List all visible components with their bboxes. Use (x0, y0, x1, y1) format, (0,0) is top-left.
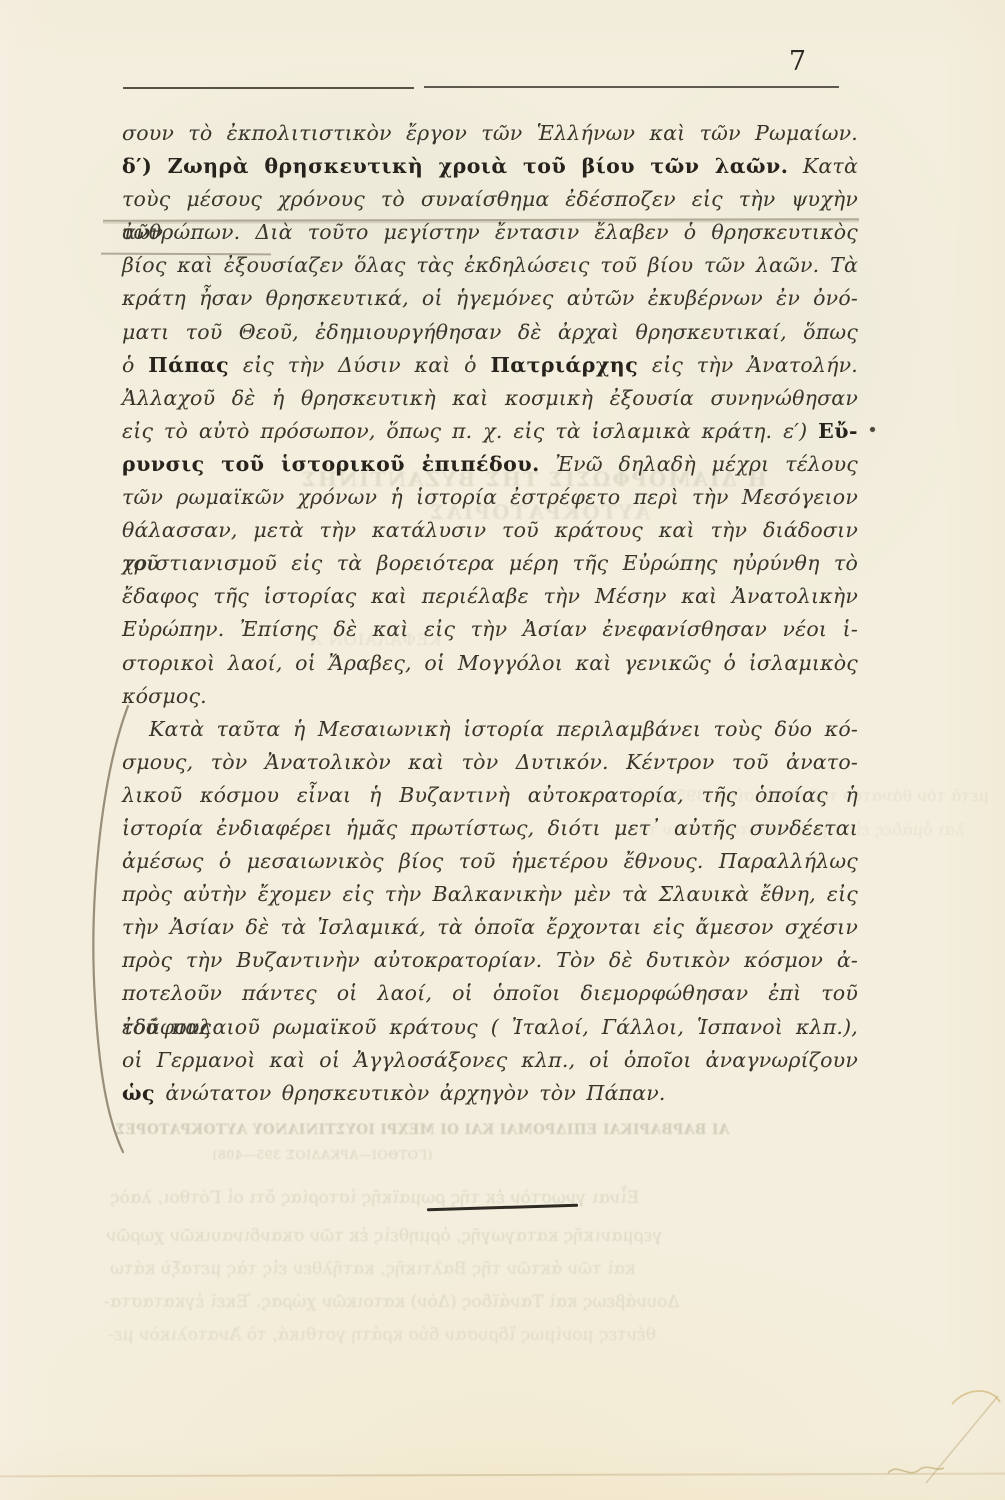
text-line: κόσμος. (122, 680, 858, 713)
text-line: κράτη ἦσαν θρησκευτικά, οἱ ἡγεμόνες αὐτῶ… (122, 282, 858, 315)
header-rule-left (123, 87, 414, 89)
text-line: τοῦ παλαιοῦ ρωμαϊκοῦ κράτους ( Ἰταλοί, Γ… (122, 1011, 858, 1044)
text-segment-bold: ὡς (122, 1081, 155, 1105)
text-segment: κράτη ἦσαν θρησκευτικά, οἱ ἡγεμόνες αὐτῶ… (122, 286, 858, 310)
text-segment: σουν τὸ ἐκπολιτιστικὸν ἔργον τῶν Ἑλλήνων… (122, 121, 858, 145)
text-segment: εἰς τὴν Ἀνατολήν. (638, 353, 858, 377)
margin-ink-dot (870, 427, 875, 432)
text-segment: σμους, τὸν Ἀνατολικὸν καὶ τὸν Δυτικόν. Κ… (122, 750, 858, 774)
text-segment: τῶν ρωμαϊκῶν χρόνων ἡ ἱστορία ἐστρέφετο … (122, 485, 858, 509)
text-segment-bold: Πατριάρχης (490, 353, 638, 377)
text-segment: τὴν Ἀσίαν δὲ τὰ Ἰσλαμικά, τὰ ὁποῖα ἔρχον… (122, 915, 858, 939)
text-segment: ἀνώτατον θρησκευτικὸν ἀρχηγὸν τὸν Πάπαν. (155, 1081, 666, 1105)
text-line: ὡς ἀνώτατον θρησκευτικὸν ἀρχηγὸν τὸν Πάπ… (122, 1077, 858, 1110)
text-line: τῶν ρωμαϊκῶν χρόνων ἡ ἱστορία ἐστρέφετο … (122, 481, 858, 514)
text-segment: ἔδαφος τῆς ἱστορίας καὶ περιέλαβε τὴν Μέ… (122, 584, 858, 608)
scanned-book-page: { "page": { "number": "7", "paper_color"… (0, 0, 1005, 1500)
text-line: δ′) Ζωηρὰ θρησκευτικὴ χροιὰ τοῦ βίου τῶν… (122, 150, 858, 183)
text-line: οἱ Γερμανοὶ καὶ οἱ Ἀγγλοσάξονες κλπ., οἱ… (122, 1044, 858, 1077)
text-line: λικοῦ κόσμου εἶναι ἡ Βυζαντινὴ αὐτοκρατο… (122, 779, 858, 812)
text-segment: Εὐρώπην. Ἐπίσης δὲ καὶ εἰς τὴν Ἀσίαν ἐνε… (122, 617, 858, 641)
text-line: ρυνσις τοῦ ἱστορικοῦ ἐπιπέδου. Ἐνῶ δηλαδ… (122, 448, 858, 481)
text-segment: τοῦ παλαιοῦ ρωμαϊκοῦ κράτους ( Ἰταλοί, Γ… (122, 1015, 858, 1039)
text-line: εἰς τὸ αὐτὸ πρόσωπον, ὅπως π. χ. εἰς τὰ … (122, 415, 858, 448)
text-segment: στορικοὶ λαοί, οἱ Ἄραβες, οἱ Μογγόλοι κα… (122, 651, 858, 675)
text-segment: Κατὰ ταῦτα ἡ Μεσαιωνικὴ ἱστορία περιλαμβ… (149, 717, 858, 741)
text-line: ἀμέσως ὁ μεσαιωνικὸς βίος τοῦ ἡμετέρου ἔ… (122, 845, 858, 878)
text-line: πρὸς τὴν Βυζαντινὴν αὐτοκρατορίαν. Τὸν δ… (122, 944, 858, 977)
text-segment: πρὸς τὴν Βυζαντινὴν αὐτοκρατορίαν. Τὸν δ… (122, 948, 858, 972)
text-segment: Κατὰ (788, 154, 858, 178)
text-segment: ἀνθρώπων. Διὰ τοῦτο μεγίστην ἔντασιν ἔλα… (122, 220, 858, 244)
text-segment: κόσμος. (122, 684, 207, 708)
page-number: 7 (778, 46, 818, 77)
text-segment: ἀμέσως ὁ μεσαιωνικὸς βίος τοῦ ἡμετέρου ἔ… (122, 849, 858, 873)
text-line: ἔδαφος τῆς ἱστορίας καὶ περιέλαβε τὴν Μέ… (122, 580, 858, 613)
body-text-block: σουν τὸ ἐκπολιτιστικὸν ἔργον τῶν Ἑλλήνων… (122, 117, 858, 1110)
header-rule-right (424, 86, 839, 88)
text-line: χριστιανισμοῦ εἰς τὰ βορειότερα μέρη τῆς… (122, 547, 858, 580)
text-line: ἱστορία ἐνδιαφέρει ἡμᾶς πρωτίστως, διότι… (122, 812, 858, 845)
text-line: πρὸς αὐτὴν ἔχομεν εἰς τὴν Βαλκανικὴν μὲν… (122, 878, 858, 911)
text-line: τὴν Ἀσίαν δὲ τὰ Ἰσλαμικά, τὰ ὁποῖα ἔρχον… (122, 911, 858, 944)
text-line: τοὺς μέσους χρόνους τὸ συναίσθημα ἐδέσπο… (122, 183, 858, 216)
text-segment-bold: δ′) Ζωηρὰ θρησκευτικὴ χροιὰ τοῦ βίου τῶν… (122, 154, 788, 178)
text-segment: εἰς τὴν Δύσιν καὶ ὁ (229, 353, 490, 377)
text-segment: πρὸς αὐτὴν ἔχομεν εἰς τὴν Βαλκανικὴν μὲν… (122, 882, 858, 906)
text-line: Κατὰ ταῦτα ἡ Μεσαιωνικὴ ἱστορία περιλαμβ… (122, 713, 858, 746)
text-segment: Ἐνῶ δηλαδὴ μέχρι τέλους (540, 452, 858, 476)
text-segment-bold: Εὔ- (818, 419, 858, 443)
text-segment: Ἀλλαχοῦ δὲ ἡ θρησκευτικὴ καὶ κοσμικὴ ἐξο… (122, 386, 858, 410)
text-line: Εὐρώπην. Ἐπίσης δὲ καὶ εἰς τὴν Ἀσίαν ἐνε… (122, 613, 858, 646)
text-segment-bold: Πάπας (148, 353, 229, 377)
text-line: Ἀλλαχοῦ δὲ ἡ θρησκευτικὴ καὶ κοσμικὴ ἐξο… (122, 382, 858, 415)
text-segment: εἰς τὸ αὐτὸ πρόσωπον, ὅπως π. χ. εἰς τὰ … (122, 419, 818, 443)
text-line: σμους, τὸν Ἀνατολικὸν καὶ τὸν Δυτικόν. Κ… (122, 746, 858, 779)
text-segment: ἱστορία ἐνδιαφέρει ἡμᾶς πρωτίστως, διότι… (122, 816, 858, 840)
text-line: θάλασσαν, μετὰ τὴν κατάλυσιν τοῦ κράτους… (122, 514, 858, 547)
text-segment: ματι τοῦ Θεοῦ, ἐδημιουργήθησαν δὲ ἀρχαὶ … (122, 320, 858, 344)
text-segment: λικοῦ κόσμου εἶναι ἡ Βυζαντινὴ αὐτοκρατο… (122, 783, 858, 807)
text-line: ὁ Πάπας εἰς τὴν Δύσιν καὶ ὁ Πατριάρχης ε… (122, 349, 858, 382)
text-line: στορικοὶ λαοί, οἱ Ἄραβες, οἱ Μογγόλοι κα… (122, 647, 858, 680)
text-segment: οἱ Γερμανοὶ καὶ οἱ Ἀγγλοσάξονες κλπ., οἱ… (122, 1048, 858, 1072)
text-segment: χριστιανισμοῦ εἰς τὰ βορειότερα μέρη τῆς… (122, 551, 858, 575)
text-segment: ὁ (122, 353, 148, 377)
text-segment-bold: ρυνσις τοῦ ἱστορικοῦ ἐπιπέδου. (122, 452, 540, 476)
text-line: ποτελοῦν πάντες οἱ λαοί, οἱ ὁποῖοι διεμο… (122, 977, 858, 1010)
text-segment: βίος καὶ ἐξουσίαζεν ὅλας τὰς ἐκδηλώσεις … (122, 253, 858, 277)
text-line: ματι τοῦ Θεοῦ, ἐδημιουργήθησαν δὲ ἀρχαὶ … (122, 316, 858, 349)
text-line: σουν τὸ ἐκπολιτιστικὸν ἔργον τῶν Ἑλλήνων… (122, 117, 858, 150)
